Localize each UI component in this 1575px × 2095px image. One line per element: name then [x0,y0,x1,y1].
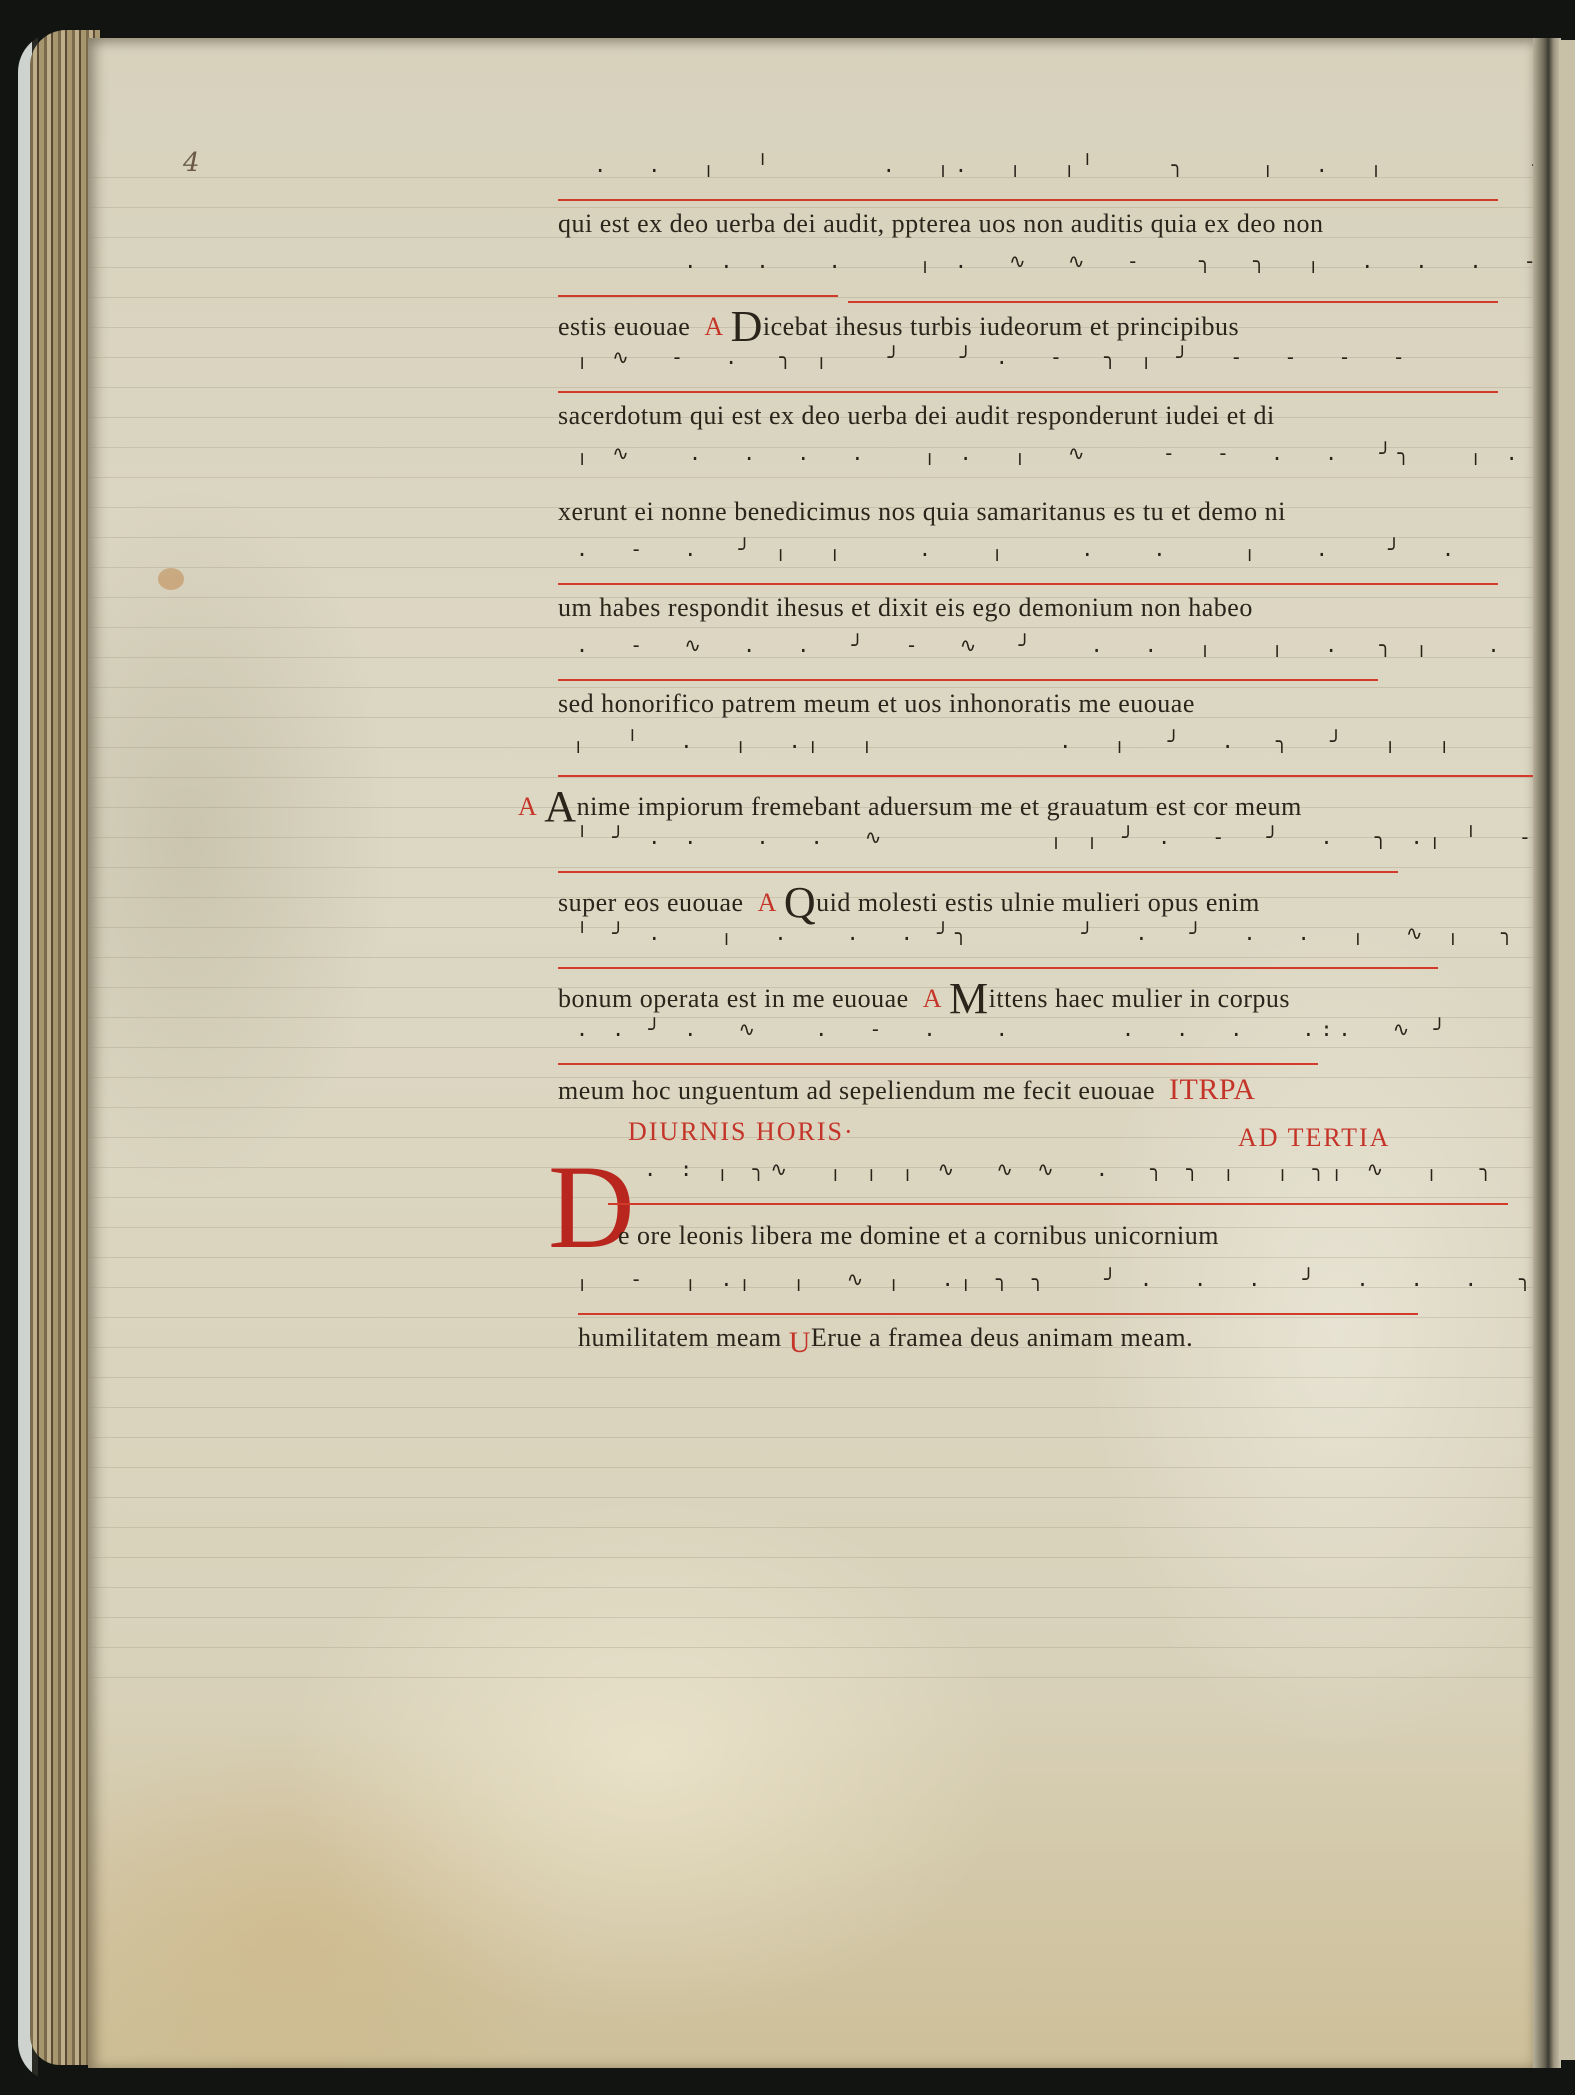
antiphon-mark: A [518,792,537,821]
chant-text: sacerdotum qui est ex deo uerba dei audi… [558,401,1275,431]
antiphon-mark: A [704,312,723,341]
red-rule [558,679,1378,681]
red-rule [558,775,1533,777]
red-rule [558,583,1498,585]
red-rule [558,967,1438,969]
staff-line: . . . . ╷ . ∿ ∿ - ╮ ╮ ╷ . . . - . ╮ esti… [558,249,1533,345]
chant-text-block: . . ╷ ╵ . ╷. ╷ ╷╵ ╮ ╷ . ╷ ╯ ╮ qui est ex… [558,153,1533,1363]
initial-letter: Q [784,878,816,927]
book-gutter [1533,38,1561,2068]
staff-line: ╵ ╯ . ╷ . . . ╯╮ ╯ . ╯ . . ╷ ∿ ╷ ╮ bonum… [558,921,1533,1017]
staff-line: . . ╯ . ∿ . - . . . . . .:. ∿ ╯ meum hoc… [558,1017,1533,1113]
chant-text: um habes respondit ihesus et dixit eis e… [558,593,1253,623]
initial-letter: D [731,302,763,351]
red-rule [558,871,1398,873]
heading-ad-tertiam: ad tertia [1238,1123,1390,1153]
antiphon-mark: A [923,984,942,1013]
staff-line: ╵ ╯ . . . . ∿ ╷ ╷ ╯ . - ╯ . ╮ .╷ ╵ - - ╷… [558,825,1533,921]
staff-line: ╷ ∿ . . . . ╷ . ╷ ∿ - - . . ╯╮ ╷ . - ╷ ∧… [558,441,1533,537]
staff-line: ╷ - ╷ .╷ ╷ ∿ ╷ .╷ ╮ ╮ ╯ . . . ╯ . . . ╮ … [558,1267,1533,1363]
red-rule [558,1063,1318,1065]
antiphon-mark: A [758,888,777,917]
chant-text: bonum operata est in me euouae A Mittens… [558,977,1290,1021]
neumes: ╷ ∿ . . . . ╷ . ╷ ∿ - - . . ╯╮ ╷ . - ╷ ∧ [558,441,1533,491]
adjacent-page-edge [1559,40,1575,2060]
red-rule [578,1313,1418,1315]
red-rule [608,1203,1508,1205]
staff-line: ╷ ╵ . ╷ .╷ ╷ . ╷ ╯ . ╮ ╯ ╷ ╷ A Anime imp… [518,729,1533,825]
neumes: . - ∿ . . ╯ - ∿ ╯ . . ╷ ╷ . ╮ ╷ . . . [558,633,1533,683]
staff-line: . . ╷ ╵ . ╷. ╷ ╷╵ ╮ ╷ . ╷ ╯ ╮ qui est ex… [558,153,1533,249]
chant-text: estis euouae A Dicebat ihesus turbis iud… [558,305,1239,349]
neumes: . . . . ╷ . ∿ ∿ - ╮ ╮ ╷ . . . - . ╮ [558,249,1533,299]
manuscript-folio: 4 . . ╷ ╵ . ╷. ╷ ╷╵ ╮ ╷ . ╷ ╯ ╮ qui est … [88,38,1533,2068]
heading-diurnis-horis: diurnis horis· [628,1117,855,1147]
chant-text: meum hoc unguentum ad sepeliendum me fec… [558,1073,1255,1107]
chant-text: xerunt ei nonne benedicimus nos quia sam… [558,497,1286,527]
section-heading: diurnis horis· ad tertia [558,1117,1533,1157]
neumes: . - . ╯ ╷ ╷ . ╷ . . ╷ . ╯ . [558,537,1533,587]
neumes: . . ╷ ╵ . ╷. ╷ ╷╵ ╮ ╷ . ╷ ╯ ╮ [558,153,1533,203]
red-rule [558,199,1498,201]
stain-mark [158,568,184,590]
red-rule [558,295,838,297]
neumes: ╵ ╯ . ╷ . . . ╯╮ ╯ . ╯ . . ╷ ∿ ╷ ╮ [558,921,1533,971]
staff-line: ╷ ∿ - . ╮ ╷ ╯ ╯ . - ╮ ╷ ╯ - - - - . - . … [558,345,1533,441]
chant-text: A Anime impiorum fremebant aduersum me e… [518,785,1302,829]
neumes: . : ╷ ╮∿ ╷ ╷ ╷ ∿ ∿ ∿ . ╮ ╮ ╷ ╷ ╮╷ ∿ ╷ ╮ … [608,1157,1533,1207]
rubric-initial: U [789,1326,811,1359]
staff-line: . - . ╯ ╷ ╷ . ╷ . . ╷ . ╯ . um habes res… [558,537,1533,633]
rubric-suffix: ITRPA [1169,1073,1255,1106]
red-rule [848,301,1498,303]
chant-text: super eos euouae A Quid molesti estis ul… [558,881,1260,925]
chant-text: sed honorifico patrem meum et uos inhono… [558,689,1195,719]
initial-letter: M [949,974,989,1023]
chant-text: qui est ex deo uerba dei audit, ppterea … [558,209,1323,239]
staff-line: . - ∿ . . ╯ - ∿ ╯ . . ╷ ╷ . ╮ ╷ . . . se… [558,633,1533,729]
neumes: ╷ ╵ . ╷ .╷ ╷ . ╷ ╯ . ╮ ╯ ╷ ╷ [518,729,1533,779]
chant-text: humilitatem meam UErue a framea deus ani… [578,1323,1193,1358]
neumes: ╷ - ╷ .╷ ╷ ∿ ╷ .╷ ╮ ╮ ╯ . . . ╯ . . . ╮ … [558,1267,1533,1317]
folio-number: 4 [183,148,200,178]
initial-letter: A [544,782,576,831]
chant-text: e ore leonis libera me domine et a corni… [618,1221,1219,1251]
neumes: . . ╯ . ∿ . - . . . . . .:. ∿ ╯ [558,1017,1533,1067]
staff-line: D . : ╷ ╮∿ ╷ ╷ ╷ ∿ ∿ ∿ . ╮ ╮ ╷ ╷ ╮╷ ∿ ╷ … [558,1157,1533,1267]
neumes: ╷ ∿ - . ╮ ╷ ╯ ╯ . - ╮ ╷ ╯ - - - - . - . [558,345,1533,395]
neumes: ╵ ╯ . . . . ∿ ╷ ╷ ╯ . - ╯ . ╮ .╷ ╵ - - ╷ [558,825,1533,875]
red-rule [558,391,1498,393]
